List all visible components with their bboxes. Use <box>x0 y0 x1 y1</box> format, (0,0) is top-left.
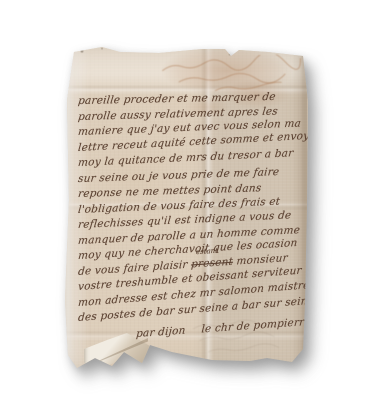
letter-photo: pareille proceder et me marquer de parol… <box>0 0 380 420</box>
signature-name: le chr de pompierre <box>201 315 311 335</box>
letter-paper: pareille proceder et me marquer de parol… <box>62 44 312 376</box>
letter-text: pareille proceder et me marquer de parol… <box>78 94 304 342</box>
inserted-word: estant <box>196 247 219 256</box>
strikethrough-word: present <box>191 255 234 270</box>
signature-place: par dijon <box>136 324 186 340</box>
paper-shadow: pareille proceder et me marquer de parol… <box>62 44 312 376</box>
